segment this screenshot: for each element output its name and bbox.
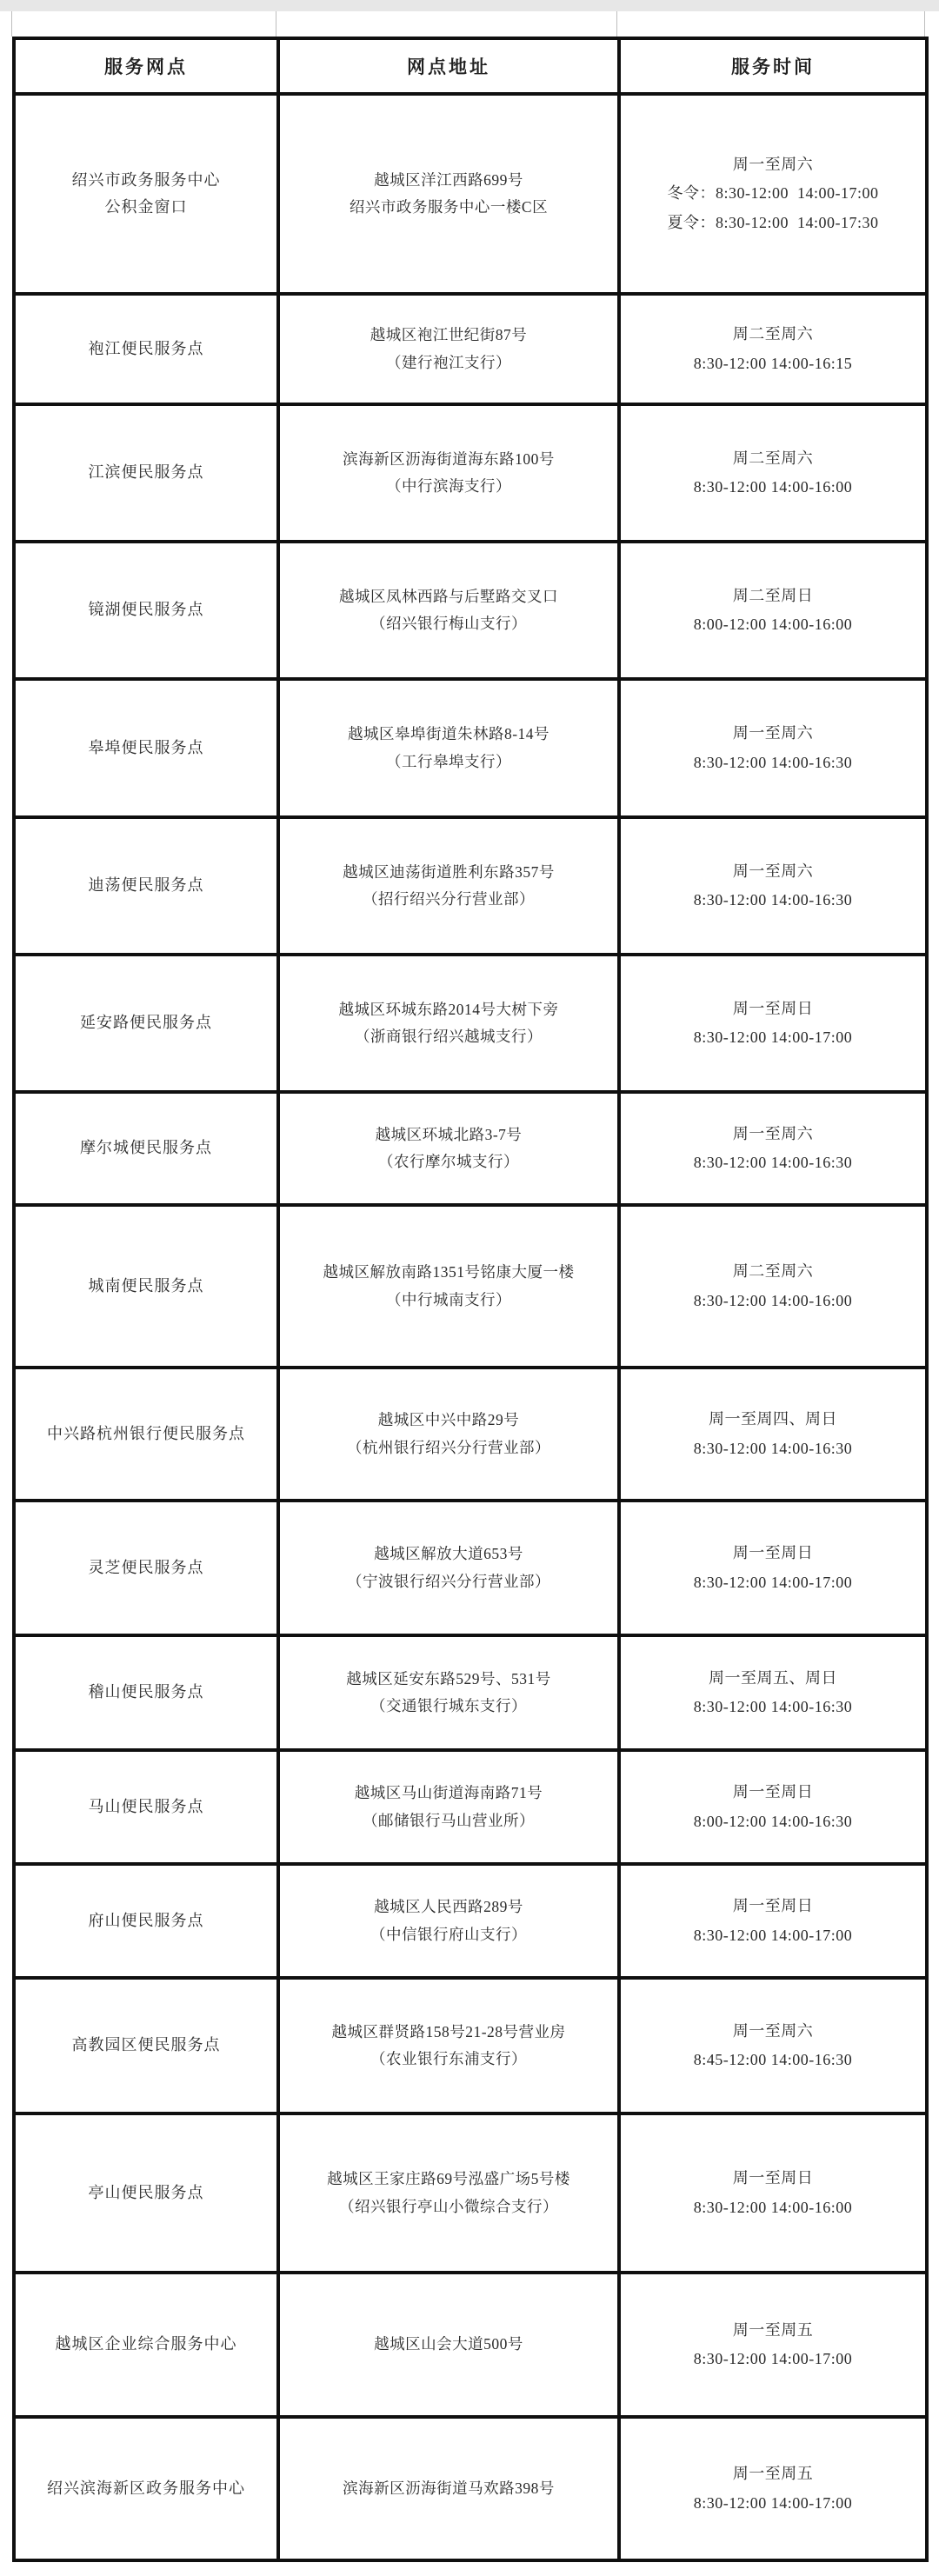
cell-address: 滨海新区沥海街道马欢路398号 <box>278 2417 619 2560</box>
table-row: 稽山便民服务点越城区延安东路529号、531号 （交通银行城东支行）周一至周五、… <box>14 1635 927 1750</box>
cell-service-point: 城南便民服务点 <box>14 1205 278 1368</box>
cell-address: 越城区中兴中路29号 （杭州银行绍兴分行营业部） <box>278 1368 619 1501</box>
table-row: 绍兴滨海新区政务服务中心滨海新区沥海街道马欢路398号周一至周五 8:30-12… <box>14 2417 927 2560</box>
cell-hours: 周一至周六 8:30-12:00 14:00-16:30 <box>619 679 927 817</box>
table-row: 亭山便民服务点越城区王家庄路69号泓盛广场5号楼 （绍兴银行亭山小微综合支行）周… <box>14 2113 927 2273</box>
cell-address: 滨海新区沥海街道海东路100号 （中行滨海支行） <box>278 404 619 542</box>
cell-address: 越城区群贤路158号21-28号营业房 （农业银行东浦支行） <box>278 1978 619 2113</box>
table-row: 袍江便民服务点越城区袍江世纪街87号 （建行袍江支行）周二至周六 8:30-12… <box>14 294 927 404</box>
cell-hours: 周一至周日 8:30-12:00 14:00-17:00 <box>619 1501 927 1635</box>
cell-hours: 周一至周五 8:30-12:00 14:00-17:00 <box>619 2417 927 2560</box>
cell-service-point: 绍兴滨海新区政务服务中心 <box>14 2417 278 2560</box>
cell-service-point: 稽山便民服务点 <box>14 1635 278 1750</box>
cropped-row-line-right <box>924 11 925 37</box>
cropped-row-line-col2 <box>616 11 617 37</box>
table-row: 高教园区便民服务点越城区群贤路158号21-28号营业房 （农业银行东浦支行）周… <box>14 1978 927 2113</box>
cell-address: 越城区环城北路3-7号 （农行摩尔城支行） <box>278 1092 619 1205</box>
cell-hours: 周一至周六 8:30-12:00 14:00-16:30 <box>619 817 927 955</box>
cell-address: 越城区人民西路289号 （中信银行府山支行） <box>278 1864 619 1978</box>
table-row: 城南便民服务点越城区解放南路1351号铭康大厦一楼 （中行城南支行）周二至周六 … <box>14 1205 927 1368</box>
table-row: 马山便民服务点越城区马山街道海南路71号 （邮储银行马山营业所）周一至周日 8:… <box>14 1750 927 1864</box>
cell-hours: 周二至周六 8:30-12:00 14:00-16:00 <box>619 1205 927 1368</box>
cell-address: 越城区环城东路2014号大树下旁 （浙商银行绍兴越城支行） <box>278 955 619 1092</box>
cell-hours: 周一至周四、周日 8:30-12:00 14:00-16:30 <box>619 1368 927 1501</box>
cell-hours: 周一至周日 8:30-12:00 14:00-17:00 <box>619 1864 927 1978</box>
cell-hours: 周一至周日 8:30-12:00 14:00-17:00 <box>619 955 927 1092</box>
cell-service-point: 亭山便民服务点 <box>14 2113 278 2273</box>
cell-address: 越城区迪荡街道胜利东路357号 （招行绍兴分行营业部） <box>278 817 619 955</box>
cell-address: 越城区皋埠街道朱林路8-14号 （工行皋埠支行） <box>278 679 619 817</box>
table-row: 镜湖便民服务点越城区凤林西路与后墅路交叉口 （绍兴银行梅山支行）周二至周日 8:… <box>14 542 927 679</box>
cell-service-point: 马山便民服务点 <box>14 1750 278 1864</box>
table-row: 皋埠便民服务点越城区皋埠街道朱林路8-14号 （工行皋埠支行）周一至周六 8:3… <box>14 679 927 817</box>
cell-service-point: 皋埠便民服务点 <box>14 679 278 817</box>
cell-hours: 周一至周五、周日 8:30-12:00 14:00-16:30 <box>619 1635 927 1750</box>
cell-service-point: 迪荡便民服务点 <box>14 817 278 955</box>
cell-service-point: 灵芝便民服务点 <box>14 1501 278 1635</box>
cell-hours: 周二至周日 8:00-12:00 14:00-16:00 <box>619 542 927 679</box>
cell-service-point: 袍江便民服务点 <box>14 294 278 404</box>
column-header-address: 网点地址 <box>278 38 619 94</box>
table-row: 绍兴市政务服务中心 公积金窗口越城区洋江西路699号 绍兴市政务服务中心一楼C区… <box>14 94 927 294</box>
cell-service-point: 中兴路杭州银行便民服务点 <box>14 1368 278 1501</box>
cell-service-point: 绍兴市政务服务中心 公积金窗口 <box>14 94 278 294</box>
column-header-hours: 服务时间 <box>619 38 927 94</box>
cell-hours: 周一至周六 8:30-12:00 14:00-16:30 <box>619 1092 927 1205</box>
table-row: 灵芝便民服务点越城区解放大道653号 （宁波银行绍兴分行营业部）周一至周日 8:… <box>14 1501 927 1635</box>
cell-service-point: 高教园区便民服务点 <box>14 1978 278 2113</box>
cell-address: 越城区延安东路529号、531号 （交通银行城东支行） <box>278 1635 619 1750</box>
table-row: 延安路便民服务点越城区环城东路2014号大树下旁 （浙商银行绍兴越城支行）周一至… <box>14 955 927 1092</box>
cell-address: 越城区马山街道海南路71号 （邮储银行马山营业所） <box>278 1750 619 1864</box>
cell-service-point: 镜湖便民服务点 <box>14 542 278 679</box>
cell-service-point: 府山便民服务点 <box>14 1864 278 1978</box>
cell-address: 越城区王家庄路69号泓盛广场5号楼 （绍兴银行亭山小微综合支行） <box>278 2113 619 2273</box>
cell-hours: 周一至周日 8:30-12:00 14:00-16:00 <box>619 2113 927 2273</box>
table-row: 越城区企业综合服务中心越城区山会大道500号周一至周五 8:30-12:00 1… <box>14 2273 927 2417</box>
top-gray-strip <box>0 0 939 11</box>
cropped-row-line-col1 <box>276 11 276 37</box>
cell-address: 越城区解放大道653号 （宁波银行绍兴分行营业部） <box>278 1501 619 1635</box>
cell-hours: 周一至周五 8:30-12:00 14:00-17:00 <box>619 2273 927 2417</box>
table-row: 江滨便民服务点滨海新区沥海街道海东路100号 （中行滨海支行）周二至周六 8:3… <box>14 404 927 542</box>
cell-hours: 周一至周六 8:45-12:00 14:00-16:30 <box>619 1978 927 2113</box>
cell-service-point: 摩尔城便民服务点 <box>14 1092 278 1205</box>
cell-hours: 周二至周六 8:30-12:00 14:00-16:00 <box>619 404 927 542</box>
cell-hours: 周二至周六 8:30-12:00 14:00-16:15 <box>619 294 927 404</box>
cell-address: 越城区凤林西路与后墅路交叉口 （绍兴银行梅山支行） <box>278 542 619 679</box>
cropped-row-line-left <box>11 11 12 37</box>
table-row: 中兴路杭州银行便民服务点越城区中兴中路29号 （杭州银行绍兴分行营业部）周一至周… <box>14 1368 927 1501</box>
cell-address: 越城区解放南路1351号铭康大厦一楼 （中行城南支行） <box>278 1205 619 1368</box>
table-row: 摩尔城便民服务点越城区环城北路3-7号 （农行摩尔城支行）周一至周六 8:30-… <box>14 1092 927 1205</box>
table-header-row: 服务网点 网点地址 服务时间 <box>14 38 927 94</box>
cell-address: 越城区山会大道500号 <box>278 2273 619 2417</box>
cell-hours: 周一至周日 8:00-12:00 14:00-16:30 <box>619 1750 927 1864</box>
cell-address: 越城区洋江西路699号 绍兴市政务服务中心一楼C区 <box>278 94 619 294</box>
table-row: 府山便民服务点越城区人民西路289号 （中信银行府山支行）周一至周日 8:30-… <box>14 1864 927 1978</box>
service-points-table: 服务网点 网点地址 服务时间 绍兴市政务服务中心 公积金窗口越城区洋江西路699… <box>12 37 929 2562</box>
cell-service-point: 延安路便民服务点 <box>14 955 278 1092</box>
cell-service-point: 江滨便民服务点 <box>14 404 278 542</box>
cell-hours: 周一至周六 冬令：8:30-12:00 14:00-17:00 夏令：8:30-… <box>619 94 927 294</box>
column-header-service-point: 服务网点 <box>14 38 278 94</box>
table-row: 迪荡便民服务点越城区迪荡街道胜利东路357号 （招行绍兴分行营业部）周一至周六 … <box>14 817 927 955</box>
cell-service-point: 越城区企业综合服务中心 <box>14 2273 278 2417</box>
cell-address: 越城区袍江世纪街87号 （建行袍江支行） <box>278 294 619 404</box>
